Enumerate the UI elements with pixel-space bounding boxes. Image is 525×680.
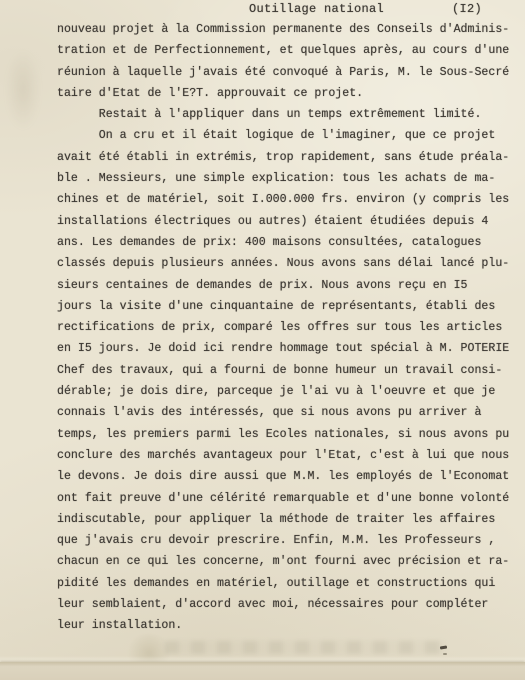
text-line: chines et de matériel, soit I.000.000 fr…: [57, 189, 519, 210]
text-line: On a cru et il était logique de l'imagin…: [57, 125, 519, 146]
text-line: ont fait preuve d'une célérité remarquab…: [57, 488, 519, 509]
ink-speck-small: [443, 653, 447, 655]
paper-smudge: [6, 50, 40, 130]
text-line: jours la visite d'une cinquantaine de re…: [57, 296, 519, 317]
text-line: indiscutable, pour appliquer la méthode …: [57, 509, 519, 530]
text-line: connais l'avis des intéressés, que si no…: [57, 402, 519, 423]
text-line: Chef des travaux, qui a fourni de bonne …: [57, 360, 519, 381]
text-line: leur installation.: [57, 615, 519, 636]
text-line: rectifications de prix, comparé les offr…: [57, 317, 519, 338]
text-line: leur semblaient, d'accord avec moi, néce…: [57, 594, 519, 615]
document-page: Outillage national (I2) nouveau projet à…: [0, 0, 525, 680]
ink-bleed-through: [165, 641, 445, 654]
ink-speck: [440, 646, 447, 650]
text-line: conclure des marchés avantageux pour l'E…: [57, 445, 519, 466]
text-line: pidité les demandes en matériel, outilla…: [57, 573, 519, 594]
text-line: le devons. Je dois dire aussi que M.M. l…: [57, 466, 519, 487]
text-line: nouveau projet à la Commission permanent…: [57, 19, 519, 40]
text-line: chacun en ce qui les concerne, m'ont fou…: [57, 551, 519, 572]
text-line: dérable; je dois dire, parceque je l'ai …: [57, 381, 519, 402]
text-line: temps, les premiers parmi les Ecoles nat…: [57, 424, 519, 445]
text-line: taire d'Etat de l'E?T. approuvait ce pro…: [57, 83, 519, 104]
document-lines: nouveau projet à la Commission permanent…: [57, 19, 519, 637]
text-line: tration et de Perfectionnement, et quelq…: [57, 40, 519, 61]
text-line: que j'avais cru devoir prescrire. Enfin,…: [57, 530, 519, 551]
text-line: avait été établi in extrémis, trop rapid…: [57, 147, 519, 168]
bottom-page-edge: [0, 662, 525, 680]
text-line: ble . Messieurs, une simple explication:…: [57, 168, 519, 189]
text-line: en I5 jours. Je doid ici rendre hommage …: [57, 338, 519, 359]
page-number: (I2): [452, 2, 482, 16]
text-line: Restait à l'appliquer dans un temps extr…: [57, 104, 519, 125]
text-line: installations électriques ou autres) éta…: [57, 211, 519, 232]
text-line: ans. Les demandes de prix: 400 maisons c…: [57, 232, 519, 253]
text-line: sieurs centaines de demandes de prix. No…: [57, 275, 519, 296]
document-title: Outillage national: [249, 2, 384, 16]
text-line: réunion à laquelle j'avais été convoqué …: [57, 62, 519, 83]
text-line: classés depuis plusieurs années. Nous av…: [57, 253, 519, 274]
